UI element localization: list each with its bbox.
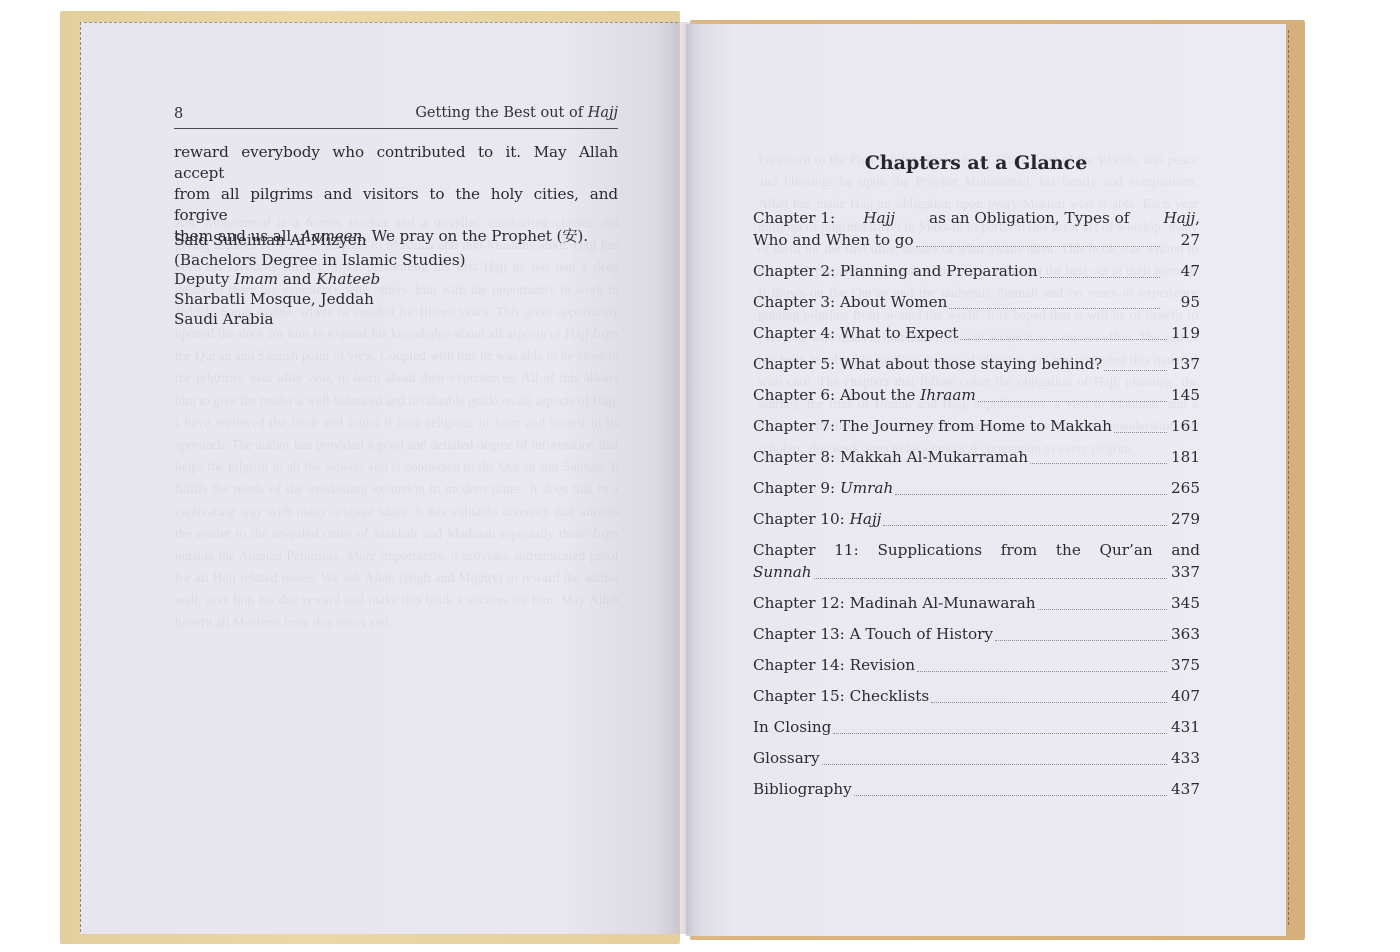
toc-entry-chapter-2[interactable]: Chapter 2: Planning and Preparation 47 xyxy=(753,260,1200,291)
toc-entry-in-closing[interactable]: In Closing 431 xyxy=(753,716,1200,747)
toc-entry-chapter-7[interactable]: Chapter 7: The Journey from Home to Makk… xyxy=(753,415,1200,446)
leader-dots xyxy=(931,701,1167,703)
toc-entry-line: Chapter 1: Hajj as an Obligation, Types … xyxy=(753,207,1200,229)
toc-label: Chapter 8: Makkah Al-Mukarramah xyxy=(753,446,1028,468)
toc-page-number: 161 xyxy=(1171,415,1200,437)
toc-entry-chapter-10[interactable]: Chapter 10: Hajj 279 xyxy=(753,508,1200,539)
leader-dots xyxy=(895,493,1167,495)
toc-label: Chapter 9: Umrah xyxy=(753,477,893,499)
book-gutter-shadow xyxy=(670,22,704,934)
author-place: Sharbatli Mosque, Jeddah xyxy=(174,290,466,310)
toc-entry-chapter-13[interactable]: Chapter 13: A Touch of History 363 xyxy=(753,623,1200,654)
leader-dots xyxy=(916,245,1160,247)
toc-entry-chapter-5[interactable]: Chapter 5: What about those staying behi… xyxy=(753,353,1200,384)
toc-label: Chapter 7: The Journey from Home to Makk… xyxy=(753,415,1112,437)
right-page: Foreword to the First Edition. Praise be… xyxy=(686,24,1286,936)
toc-entry-glossary[interactable]: Glossary 433 xyxy=(753,747,1200,778)
toc-page-number: 279 xyxy=(1171,508,1200,530)
toc-label: Bibliography xyxy=(753,778,852,800)
toc-label: Who and When to go xyxy=(753,229,914,251)
toc-page-number: 375 xyxy=(1171,654,1200,676)
paragraph-line: from all pilgrims and visitors to the ho… xyxy=(174,184,618,226)
leader-dots xyxy=(995,639,1167,641)
author-country: Saudi Arabia xyxy=(174,310,466,330)
author-role: Deputy Imam and Khateeb xyxy=(174,270,466,290)
open-book-photo: Abu Mohammad is a former teacher and a t… xyxy=(0,0,1400,952)
paragraph-line: reward everybody who contributed to it. … xyxy=(174,142,618,184)
leader-dots xyxy=(814,577,1167,579)
toc-label: Chapter 5: What about those staying behi… xyxy=(753,353,1102,375)
leader-dots xyxy=(854,794,1167,796)
toc-heading: Chapters at a Glance xyxy=(754,152,1198,174)
toc-entry-bibliography[interactable]: Bibliography 437 xyxy=(753,778,1200,809)
leader-dots xyxy=(1114,431,1167,433)
leader-dots xyxy=(883,524,1167,526)
toc-entry-chapter-1[interactable]: Chapter 1: Hajj as an Obligation, Types … xyxy=(753,207,1200,260)
table-of-contents: Chapter 1: Hajj as an Obligation, Types … xyxy=(753,207,1200,809)
left-page-stitching xyxy=(80,22,91,932)
leader-dots xyxy=(960,338,1167,340)
toc-page-number: 431 xyxy=(1171,716,1200,738)
toc-label: In Closing xyxy=(753,716,831,738)
leader-dots xyxy=(1030,462,1167,464)
toc-page-number: 181 xyxy=(1171,446,1200,468)
toc-page-number: 265 xyxy=(1171,477,1200,499)
toc-label: Chapter 13: A Touch of History xyxy=(753,623,993,645)
author-degree: (Bachelors Degree in Islamic Studies) xyxy=(174,251,466,271)
toc-label: Chapter 10: Hajj xyxy=(753,508,881,530)
toc-label: Chapter 12: Madinah Al-Munawarah xyxy=(753,592,1036,614)
toc-label: Chapter 14: Revision xyxy=(753,654,915,676)
toc-page-number: 119 xyxy=(1171,322,1200,344)
toc-page-number: 437 xyxy=(1171,778,1200,800)
page-number: 8 xyxy=(174,106,183,122)
toc-page-number: 47 xyxy=(1172,260,1200,282)
toc-page-number: 95 xyxy=(1172,291,1200,313)
toc-page-number: 407 xyxy=(1171,685,1200,707)
leader-dots xyxy=(1104,369,1167,371)
toc-entry-chapter-11[interactable]: Chapter 11: Supplications from the Qur’a… xyxy=(753,539,1200,592)
toc-entry-chapter-6[interactable]: Chapter 6: About the Ihraam 145 xyxy=(753,384,1200,415)
leader-dots xyxy=(822,763,1167,765)
toc-page-number: 27 xyxy=(1172,229,1200,251)
leader-dots xyxy=(978,400,1167,402)
toc-entry-chapter-8[interactable]: Chapter 8: Makkah Al-Mukarramah 181 xyxy=(753,446,1200,477)
author-name: Said Suleiman Al-Mizyen xyxy=(174,231,466,251)
toc-entry-chapter-4[interactable]: Chapter 4: What to Expect 119 xyxy=(753,322,1200,353)
toc-label: Chapter 2: Planning and Preparation xyxy=(753,260,1038,282)
toc-entry-chapter-15[interactable]: Chapter 15: Checklists 407 xyxy=(753,685,1200,716)
top-page-stitching xyxy=(84,22,678,27)
toc-label: Chapter 4: What to Expect xyxy=(753,322,958,344)
toc-page-number: 345 xyxy=(1171,592,1200,614)
leader-dots xyxy=(1040,276,1160,278)
toc-entry-chapter-3[interactable]: Chapter 3: About Women 95 xyxy=(753,291,1200,322)
leader-dots xyxy=(917,670,1167,672)
toc-entry-chapter-9[interactable]: Chapter 9: Umrah 265 xyxy=(753,477,1200,508)
running-head-title: Getting the Best out of Hajj xyxy=(415,105,618,121)
right-page-stitching xyxy=(1286,30,1289,925)
toc-label: Chapter 3: About Women xyxy=(753,291,947,313)
author-signature: Said Suleiman Al-Mizyen (Bachelors Degre… xyxy=(174,231,466,330)
toc-page-number: 433 xyxy=(1171,747,1200,769)
toc-entry-chapter-12[interactable]: Chapter 12: Madinah Al-Munawarah 345 xyxy=(753,592,1200,623)
toc-label: Sunnah xyxy=(753,561,812,583)
running-head: 8 Getting the Best out of Hajj xyxy=(174,104,618,129)
toc-entry-chapter-14[interactable]: Chapter 14: Revision 375 xyxy=(753,654,1200,685)
toc-page-number: 363 xyxy=(1171,623,1200,645)
toc-label: Chapter 15: Checklists xyxy=(753,685,929,707)
leader-dots xyxy=(1038,608,1167,610)
toc-label: Chapter 6: About the Ihraam xyxy=(753,384,976,406)
left-page: Abu Mohammad is a former teacher and a t… xyxy=(80,22,678,934)
toc-page-number: 137 xyxy=(1171,353,1200,375)
leader-dots xyxy=(833,732,1167,734)
leader-dots xyxy=(949,307,1160,309)
toc-label: Glossary xyxy=(753,747,820,769)
toc-page-number: 145 xyxy=(1171,384,1200,406)
toc-entry-line: Chapter 11: Supplications from the Qur’a… xyxy=(753,539,1200,561)
toc-page-number: 337 xyxy=(1171,561,1200,583)
